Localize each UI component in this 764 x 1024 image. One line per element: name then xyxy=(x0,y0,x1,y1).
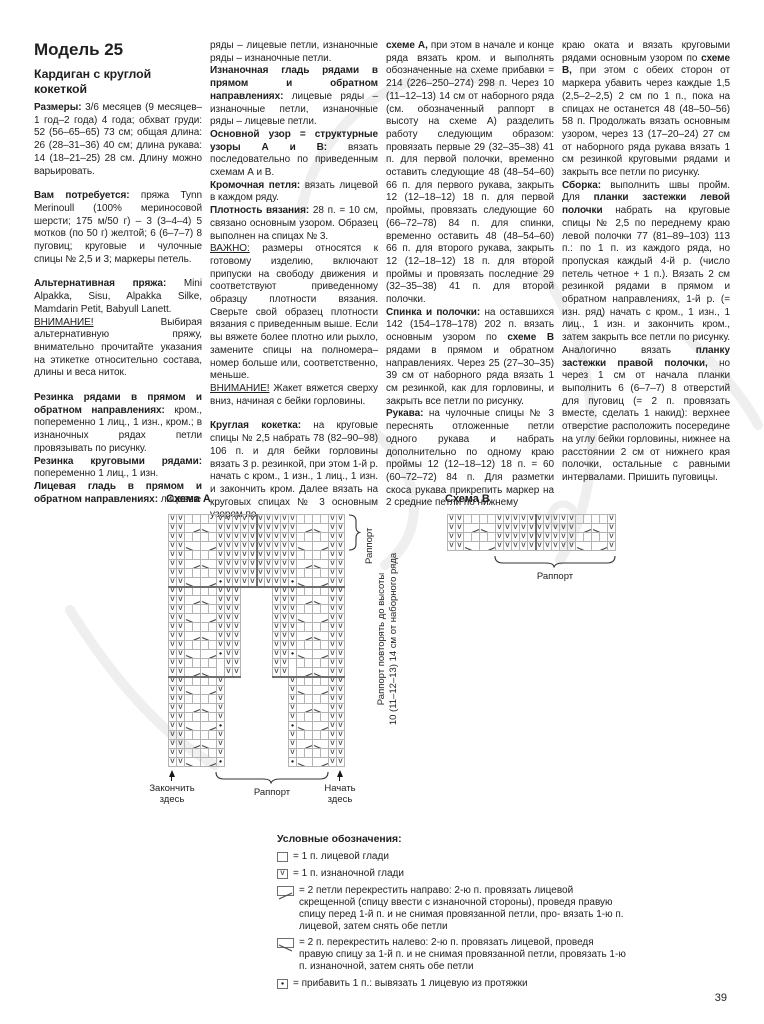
paragraph: Кромочная петля: вязать лицевой в каждом… xyxy=(210,180,378,205)
paragraph: ВНИМАНИЕ! Жакет вяжется сверху вниз, нач… xyxy=(210,383,378,408)
paragraph: Кардиган с круглой кокеткой xyxy=(34,67,202,97)
chart-b-title: Схема В xyxy=(445,493,490,505)
chart-cell xyxy=(296,757,313,767)
dot-square-icon: ● xyxy=(277,979,288,989)
chart-cell xyxy=(575,541,592,551)
chart-a-grid: VVVVVVVVVVVVVVVVVVVVVVVVVVVVVVVVVVVVVVVV… xyxy=(168,514,344,766)
left-cross-icon xyxy=(277,938,294,948)
legend-item-text: = прибавить 1 п.: вывязать 1 лицевую из … xyxy=(293,978,528,990)
paragraph: Сборка: выполнить швы пройм. Для планки … xyxy=(562,180,730,485)
legend-title: Условные обозначения: xyxy=(277,834,629,845)
end-here-arrow xyxy=(169,770,175,777)
paragraph: Круглая кокетка: на круговые спицы № 2,5… xyxy=(210,420,378,522)
chart-cell: V xyxy=(336,757,345,767)
paragraph: Резинка круговыми рядами: попеременно 1 … xyxy=(34,456,202,481)
paragraph: Вам потребуется: пряжа Tynn Merinoull (1… xyxy=(34,190,202,266)
chart-cell xyxy=(479,541,496,551)
section-line xyxy=(272,676,345,678)
chart-b-grid: VVVVVVVVVVVVVVVVVVVVVVVVVVVVVVVVVVVVVVVV… xyxy=(447,514,615,550)
paragraph: Изнаночная гладь рядами в прямом и обрат… xyxy=(210,65,378,129)
paragraph: ряды – лицевые петли, изнаночные ряды – … xyxy=(210,40,378,65)
legend-item-text: = 2 петли перекрестить направо: 2-ю п. п… xyxy=(299,885,629,933)
chart-a-title: Схема А xyxy=(166,493,211,505)
chart-cell xyxy=(312,757,329,767)
paragraph: Модель 25 xyxy=(34,40,202,60)
end-here-label: Закончить здесь xyxy=(132,783,212,805)
paragraph: Альтернативная пряжа: Mini Alpakka, Sisu… xyxy=(34,278,202,316)
text-column-2: ряды – лицевые петли, изнаночные ряды – … xyxy=(210,40,378,522)
text-column-4: краю оката и вязать круговыми рядами осн… xyxy=(562,40,730,485)
paragraph: ВНИМАНИЕ! Выбирая альтернативную пряжу, … xyxy=(34,317,202,381)
chart-b-width-repeat-label: Раппорт xyxy=(515,571,595,582)
legend-item-text: = 1 п. лицевой глади xyxy=(293,851,389,863)
paragraph: схеме А, при этом в начале и конце ряда … xyxy=(386,40,554,307)
chart-cell xyxy=(591,541,608,551)
chart-cell xyxy=(184,757,201,767)
paragraph: Размеры: 3/6 месяцев (9 месяцев–1 год–2 … xyxy=(34,102,202,178)
section-line xyxy=(168,676,241,678)
start-here-label: Начать здесь xyxy=(300,783,380,805)
chart-cell xyxy=(463,541,480,551)
chart-cell xyxy=(200,757,217,767)
chart-b: Схема В VVVVVVVVVVVVVVVVVVVVVVVVVVVVVVVV… xyxy=(447,514,647,604)
chart-a-height-repeat-label: Раппорт xyxy=(364,514,375,564)
legend-item: ●= прибавить 1 п.: вывязать 1 лицевую из… xyxy=(277,978,629,990)
center-line xyxy=(256,514,258,586)
v-square-icon: V xyxy=(277,869,288,879)
chart-a: Схема А VVVVVVVVVVVVVVVVVVVVVVVVVVVVVVVV… xyxy=(168,514,428,814)
legend-item: = 2 петли перекрестить направо: 2-ю п. п… xyxy=(277,885,629,933)
legend-item-text: = 1 п. изнаночной глади xyxy=(293,868,404,880)
chart-a-side-note-line1: Раппорт повторять до высоты xyxy=(376,519,388,759)
chart-a-side-note-line2: 10 (11–12–13) 14 см от наборного ряда xyxy=(388,519,400,759)
chart-a-height-repeat-brace xyxy=(348,514,361,552)
empty-square-icon xyxy=(277,852,288,862)
legend-item-text: = 2 п. перекрестить налево: 2-ю п. провя… xyxy=(299,937,629,973)
chart-a-side-note: Раппорт повторять до высоты 10 (11–12–13… xyxy=(376,519,400,759)
paragraph: Резинка рядами в прямом и обратном напра… xyxy=(34,392,202,456)
center-line xyxy=(535,514,537,550)
right-cross-icon xyxy=(277,886,294,896)
legend-item: = 1 п. лицевой глади xyxy=(277,851,629,863)
chart-cell: ● xyxy=(216,757,225,767)
legend-item: V= 1 п. изнаночной глади xyxy=(277,868,629,880)
chart-cell: V xyxy=(607,541,616,551)
paragraph: Плотность вязания: 28 п. = 10 см, связан… xyxy=(210,205,378,243)
document-page: Модель 25Кардиган с круглой кокеткойРазм… xyxy=(0,0,764,1024)
paragraph: Основной узор = структурные узоры А и В:… xyxy=(210,129,378,180)
chart-b-width-repeat-brace xyxy=(494,555,617,569)
start-here-arrow xyxy=(337,770,343,777)
text-column-1: Модель 25Кардиган с круглой кокеткойРазм… xyxy=(34,40,202,506)
paragraph: Спинка и полочки: на оставшихся 142 (154… xyxy=(386,307,554,409)
legend: Условные обозначения: = 1 п. лицевой гла… xyxy=(277,834,629,995)
paragraph: краю оката и вязать круговыми рядами осн… xyxy=(562,40,730,180)
text-column-3: схеме А, при этом в начале и конце ряда … xyxy=(386,40,554,510)
page-number: 39 xyxy=(715,992,727,1004)
paragraph: ВАЖНО: размеры относятся к готовому изде… xyxy=(210,243,378,383)
legend-item: = 2 п. перекрестить налево: 2-ю п. провя… xyxy=(277,937,629,973)
